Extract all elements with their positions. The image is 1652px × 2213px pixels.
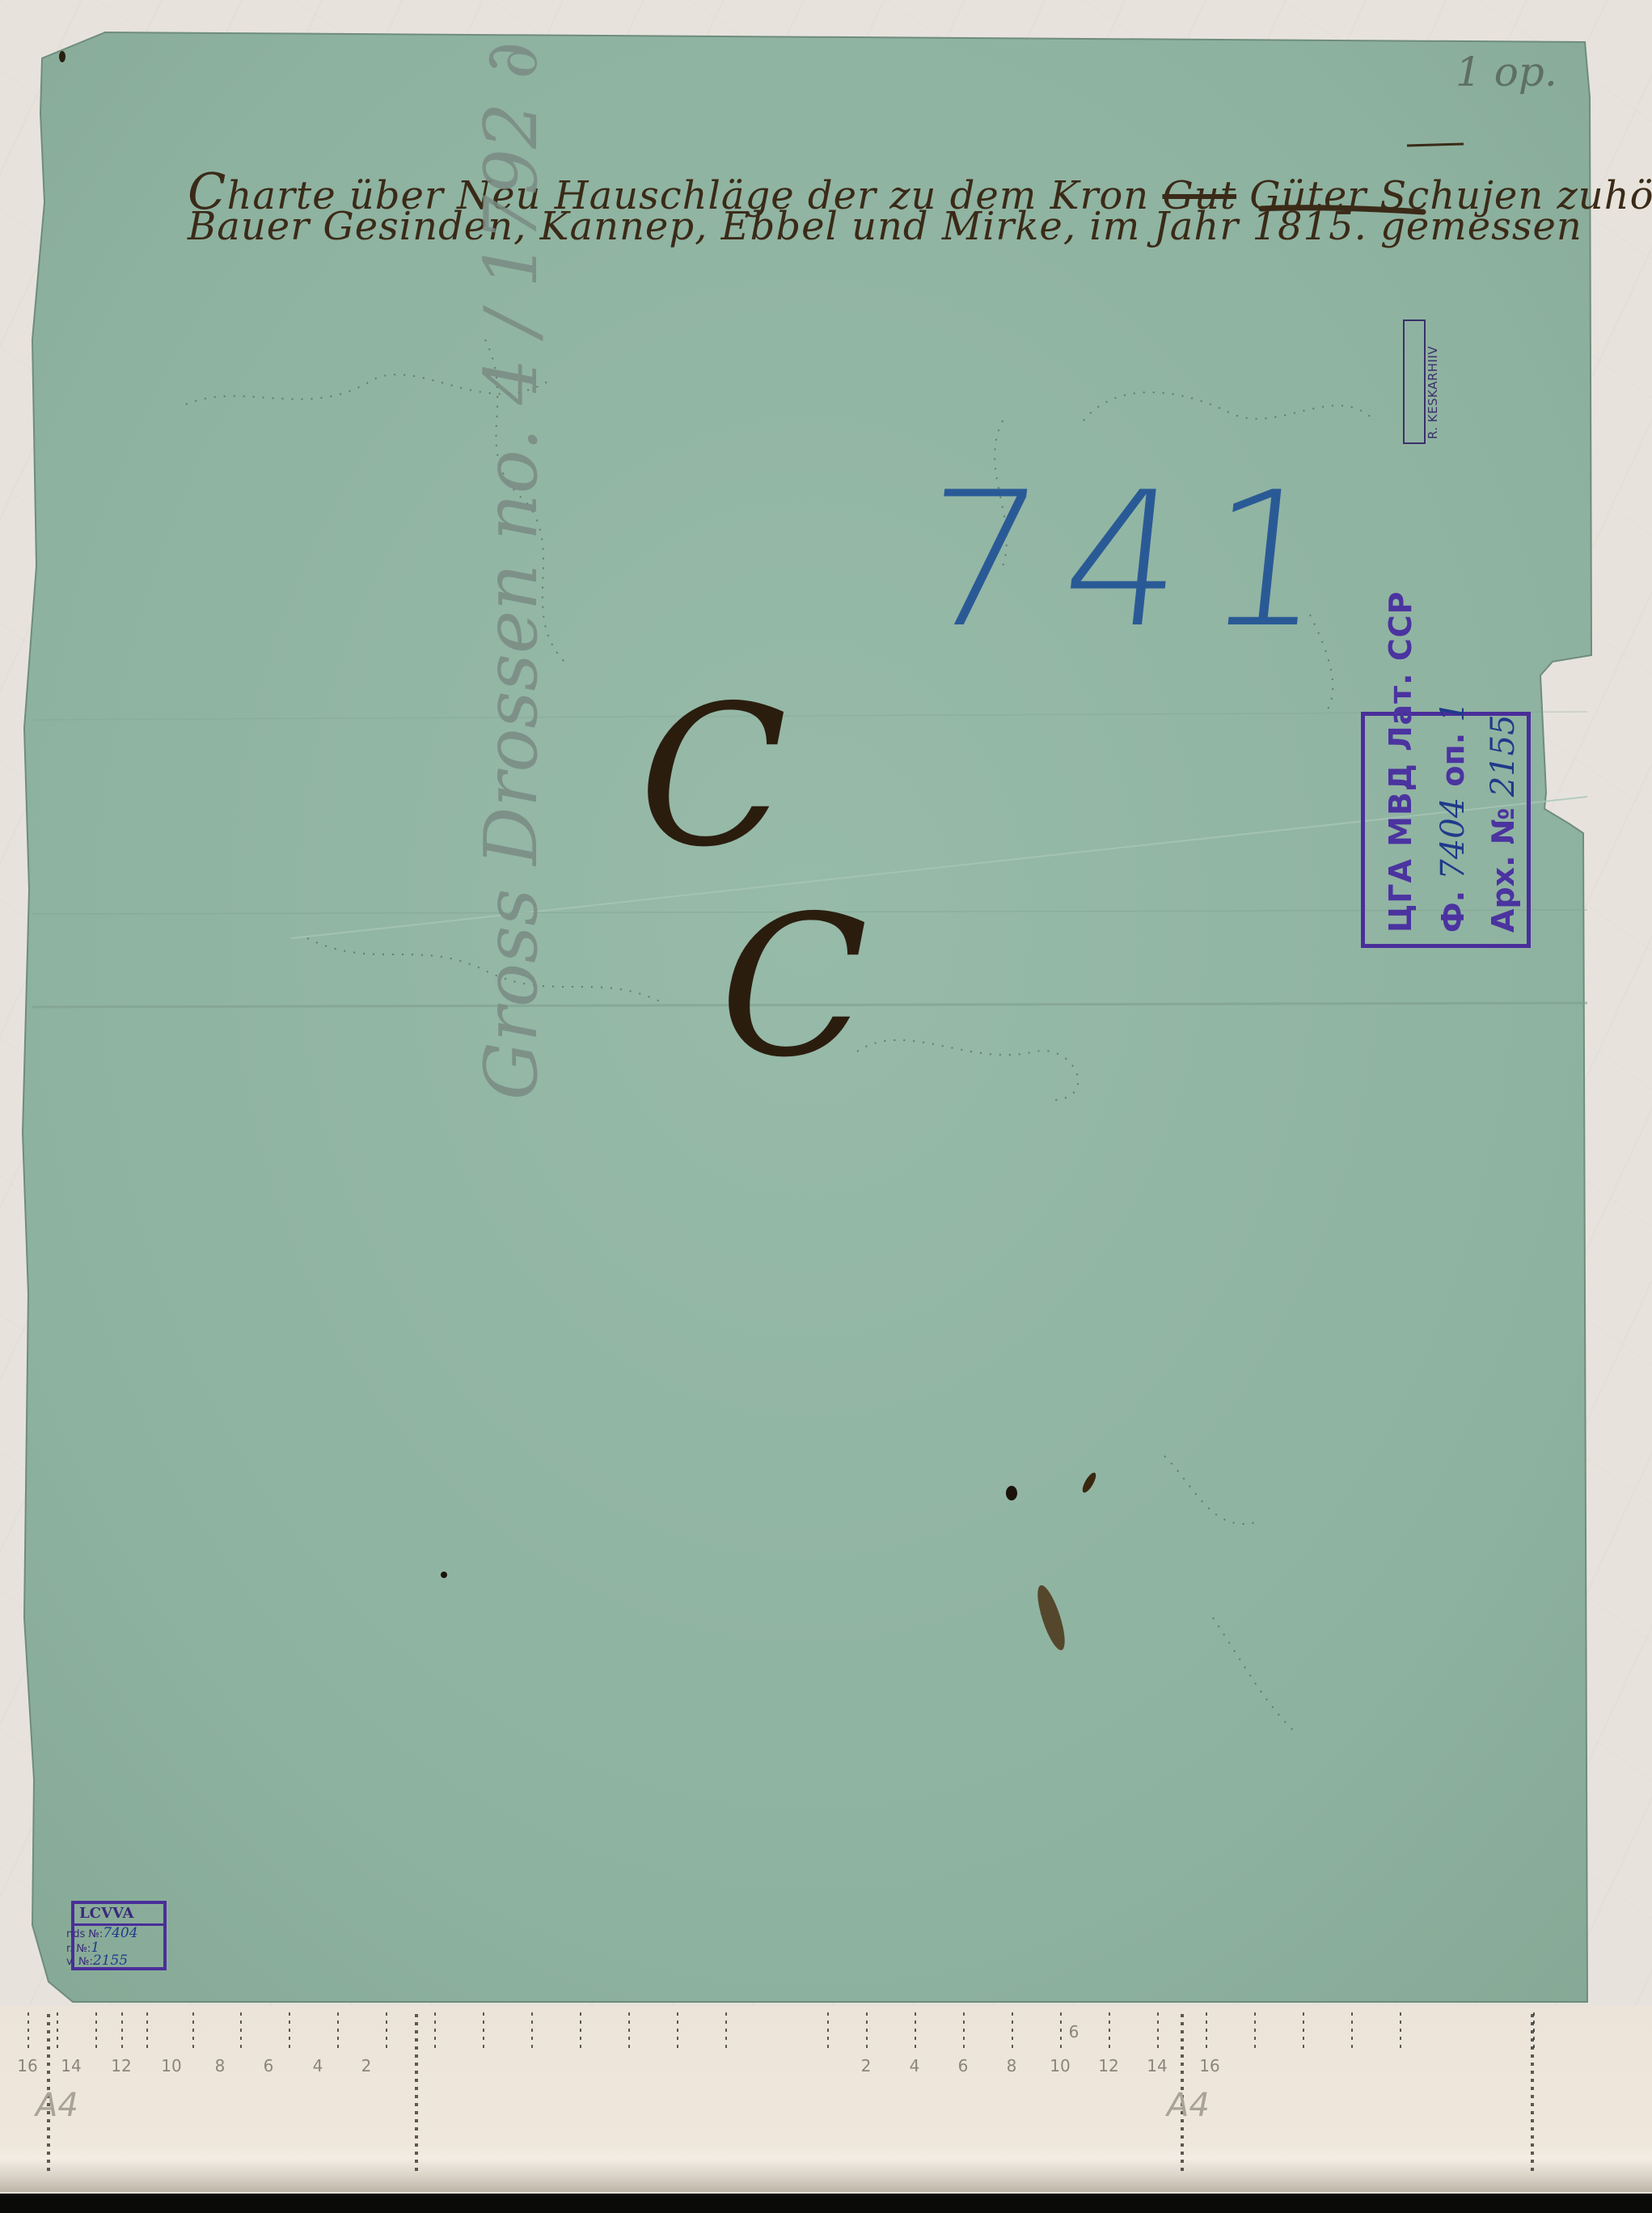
lcvva-stamp: LCVVA nds №:7404 r. №:1 v. №:2155 xyxy=(71,1901,167,1970)
document-sheet: Charte über Neu Hauschläge der zu dem Kr… xyxy=(0,0,1652,2006)
ruler-center-mark: 6 xyxy=(1069,2022,1080,2042)
op-value: 1 xyxy=(1434,701,1472,721)
keskarhiiv-stamp-text: R. KESKARHIIV xyxy=(1426,346,1440,439)
keskarhiiv-stamp: R. KESKARHIIV xyxy=(1403,319,1426,444)
op-label: оп. xyxy=(1435,722,1471,798)
ruler-label: 8 xyxy=(215,2056,226,2075)
ruler-label: 10 xyxy=(1050,2056,1070,2075)
a4-format-mark-right: A4 xyxy=(1167,2087,1210,2124)
ruler-label: 6 xyxy=(958,2056,969,2075)
archive-stamp-name: ЦГА МВД Лат. ССР xyxy=(1383,591,1418,933)
lcvva-row-fonds: nds №:7404 xyxy=(66,1925,138,1941)
pencil-annotation: Gross Drossen no. 4 / 1792 ∂ xyxy=(469,42,554,1100)
calligraphic-letter-1: C xyxy=(639,663,788,890)
archive-stamp: ЦГА МВД Лат. ССР Ф. 7404 оп. 1 Арх. № 21… xyxy=(1361,712,1531,948)
ruler-label: 4 xyxy=(313,2056,323,2075)
ruler-label: 2 xyxy=(861,2056,872,2075)
arch-label: Арх. № xyxy=(1485,807,1521,933)
ruler-label: 12 xyxy=(1098,2056,1118,2075)
blue-pencil-number: 741 xyxy=(911,453,1361,669)
ruler-label: 6 xyxy=(264,2056,274,2075)
lcvva-header: LCVVA xyxy=(74,1904,163,1926)
a4-format-mark-left: A4 xyxy=(36,2087,78,2124)
ruler-label: 10 xyxy=(161,2056,181,2075)
lcvva-row-lietv: v. №:2155 xyxy=(66,1953,128,1969)
ruler-label: 2 xyxy=(361,2056,372,2075)
fond-value: 7404 xyxy=(1434,798,1472,880)
lcvva-value: 7404 xyxy=(103,1925,137,1941)
title-text-c: Bauer Gesinden, Kannep, Ebbel und Mirke,… xyxy=(188,204,1582,249)
ruler-label: 16 xyxy=(1199,2056,1219,2075)
fond-label: Ф. xyxy=(1435,880,1471,933)
ruler-label: 12 xyxy=(111,2056,131,2075)
ruler-label: 4 xyxy=(910,2056,920,2075)
archive-stamp-number: Арх. № 2155 xyxy=(1485,714,1522,933)
lcvva-label: nds №: xyxy=(66,1928,103,1940)
ruler-label: 14 xyxy=(1147,2056,1167,2075)
calligraphic-letter-2: C xyxy=(720,874,868,1100)
measurement-ruler: 16 14 12 10 8 6 4 2 2 4 6 8 10 12 14 16 … xyxy=(0,2006,1652,2192)
arch-value: 2155 xyxy=(1485,714,1522,797)
ruler-label: 8 xyxy=(1007,2056,1017,2075)
lcvva-value: 2155 xyxy=(93,1953,128,1969)
map-title-line-2: Bauer Gesinden, Kannep, Ebbel und Mirke,… xyxy=(188,204,1582,249)
ruler-label: 14 xyxy=(61,2056,81,2075)
archive-stamp-fond: Ф. 7404 оп. 1 xyxy=(1434,701,1472,933)
lcvva-label: v. №: xyxy=(66,1956,93,1968)
page-number-mark: 1 op. xyxy=(1456,49,1557,95)
scan-border xyxy=(0,2194,1652,2213)
ruler-label: 16 xyxy=(17,2056,37,2075)
